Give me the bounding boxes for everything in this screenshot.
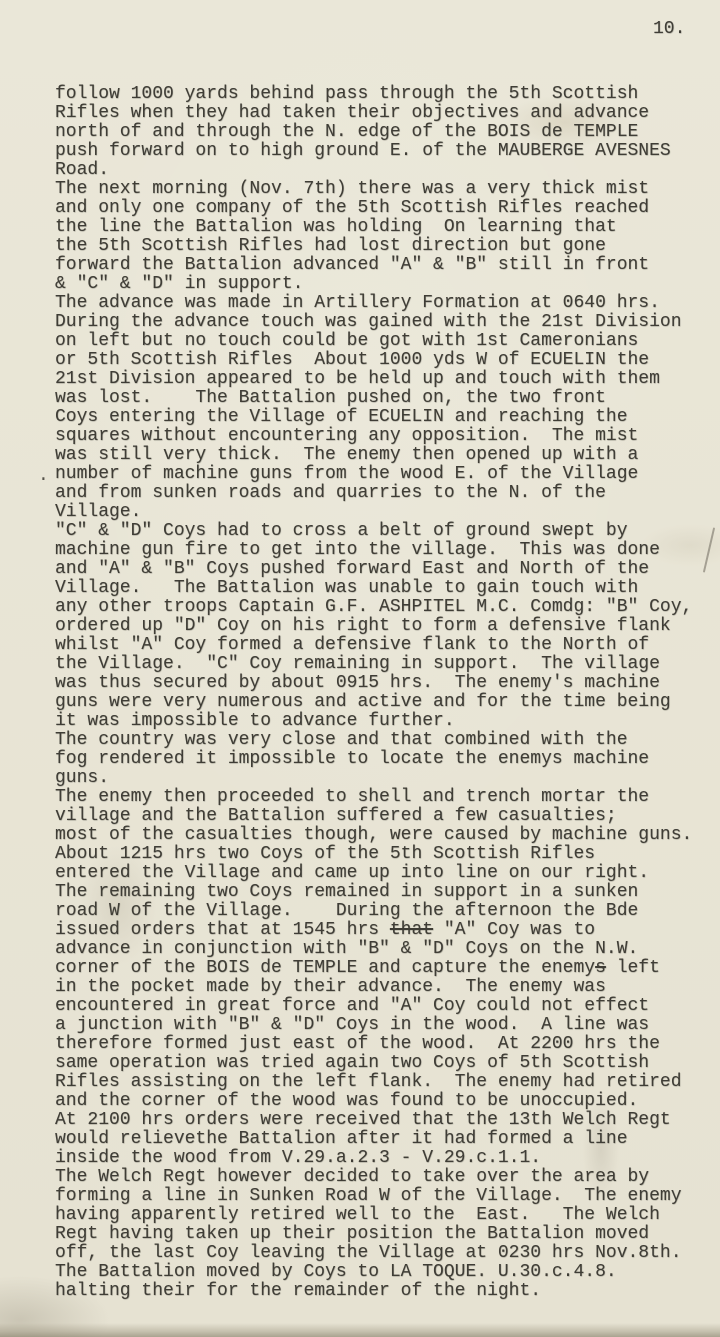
text-line: would relievethe Battalion after it had … [55,1130,715,1149]
text-line: encountered in great force and "A" Coy c… [55,997,715,1016]
struck-text: s [595,958,606,978]
text-line: The Battalion moved by Coys to LA TOQUE.… [55,1263,715,1282]
text-line: guns. [55,769,715,788]
text-line: About 1215 hrs two Coys of the 5th Scott… [55,845,715,864]
text-line: The remaining two Coys remained in suppo… [55,883,715,902]
text-line: off, the last Coy leaving the Village at… [55,1244,715,1263]
text-line: ordered up "D" Coy on his right to form … [55,617,715,636]
struck-text: that [390,920,433,940]
text-line: Road. [55,161,715,180]
text-line: the Village. "C" Coy remaining in suppor… [55,655,715,674]
text-line: Village. [55,503,715,522]
text-line: entered the Village and came up into lin… [55,864,715,883]
text-line: fog rendered it impossible to locate the… [55,750,715,769]
text-line: north of and through the N. edge of the … [55,123,715,142]
text-line: in the pocket made by their advance. The… [55,978,715,997]
text-line: and the corner of the wood was found to … [55,1092,715,1111]
text-line: was lost. The Battalion pushed on, the t… [55,389,715,408]
text-line: The next morning (Nov. 7th) there was a … [55,180,715,199]
text-line: was still very thick. The enemy then ope… [55,446,715,465]
text-line: The advance was made in Artillery Format… [55,294,715,313]
text-line: on left but no touch could be got with 1… [55,332,715,351]
text-line: the line the Battalion was holding On le… [55,218,715,237]
text-line: most of the casualties though, were caus… [55,826,715,845]
text-line: was thus secured by about 0915 hrs. The … [55,674,715,693]
page-number: 10. [653,19,685,39]
text-line: and only one company of the 5th Scottish… [55,199,715,218]
text-line: The Welch Regt however decided to take o… [55,1168,715,1187]
text-line: halting their for the remainder of the n… [55,1282,715,1301]
text-line: Rifles assisting on the left flank. The … [55,1073,715,1092]
text-line: follow 1000 yards behind pass through th… [55,85,715,104]
text-line: At 2100 hrs orders were received that th… [55,1111,715,1130]
text-line: squares without encountering any opposit… [55,427,715,446]
text-line: forming a line in Sunken Road W of the V… [55,1187,715,1206]
text-line: The enemy then proceeded to shell and tr… [55,788,715,807]
ink-dot: . [38,466,49,486]
text-segment: "A" Coy was to [433,920,595,940]
text-line: village and the Battalion suffered a few… [55,807,715,826]
text-line: road W of the Village. During the aftern… [55,902,715,921]
document-page: 10. . follow 1000 yards behind pass thro… [0,0,720,1337]
text-line: & "C" & "D" in support. [55,275,715,294]
text-line: any other troops Captain G.F. ASHPITEL M… [55,598,715,617]
text-line: 21st Division appeared to be held up and… [55,370,715,389]
text-line: The country was very close and that comb… [55,731,715,750]
text-line: push forward on to high ground E. of the… [55,142,715,161]
text-line: whilst "A" Coy formed a defensive flank … [55,636,715,655]
text-line: same operation was tried again two Coys … [55,1054,715,1073]
text-line: advance in conjunction with "B" & "D" Co… [55,940,715,959]
text-line: the 5th Scottish Rifles had lost directi… [55,237,715,256]
text-segment: left [606,958,660,978]
paper-edge-shadow [0,1323,720,1337]
text-line: having apparently retired well to the Ea… [55,1206,715,1225]
text-line: corner of the BOIS de TEMPLE and capture… [55,959,715,978]
text-line: Regt having taken up their position the … [55,1225,715,1244]
text-line: machine gun fire to get into the village… [55,541,715,560]
text-line: forward the Battalion advanced "A" & "B"… [55,256,715,275]
text-line: "C" & "D" Coys had to cross a belt of gr… [55,522,715,541]
text-segment: issued orders that at 1545 hrs [55,920,390,940]
text-line: guns were very numerous and active and f… [55,693,715,712]
text-line: Rifles when they had taken their objecti… [55,104,715,123]
text-line: a junction with "B" & "D" Coys in the wo… [55,1016,715,1035]
typed-text-block: follow 1000 yards behind pass through th… [55,85,715,1301]
text-line: issued orders that at 1545 hrs that "A" … [55,921,715,940]
text-line: and "A" & "B" Coys pushed forward East a… [55,560,715,579]
text-line: or 5th Scottish Rifles About 1000 yds W … [55,351,715,370]
text-line: therefore formed just east of the wood. … [55,1035,715,1054]
text-line: number of machine guns from the wood E. … [55,465,715,484]
text-line: inside the wood from V.29.a.2.3 - V.29.c… [55,1149,715,1168]
text-line: and from sunken roads and quarries to th… [55,484,715,503]
text-line: During the advance touch was gained with… [55,313,715,332]
text-line: it was impossible to advance further. [55,712,715,731]
text-segment: corner of the BOIS de TEMPLE and capture… [55,958,595,978]
text-line: Village. The Battalion was unable to gai… [55,579,715,598]
text-line: Coys entering the Village of ECUELIN and… [55,408,715,427]
